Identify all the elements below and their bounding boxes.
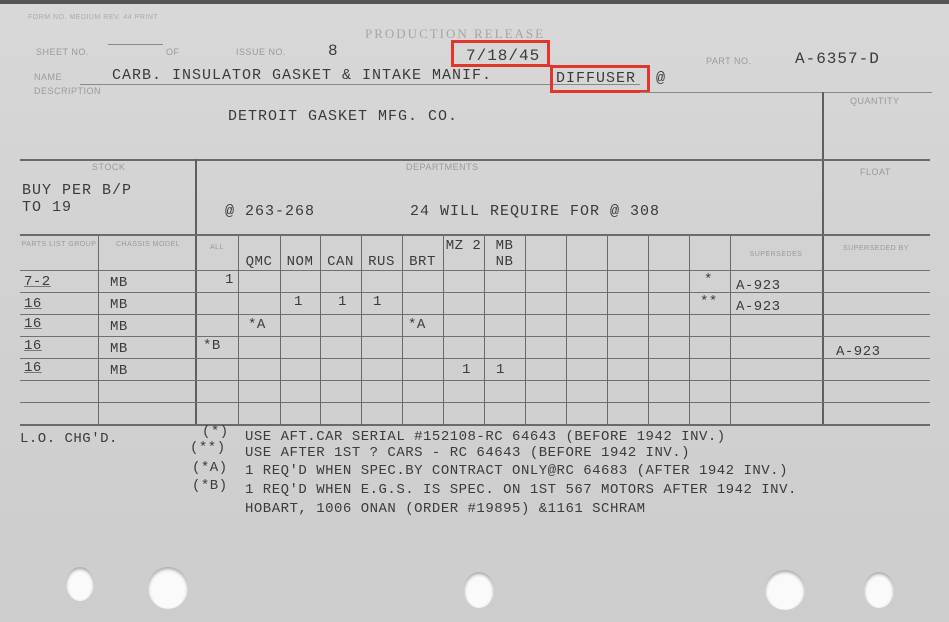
table-bottom-rule <box>20 424 930 426</box>
dept-header-mz2: MZ 2 <box>443 238 484 254</box>
row4-superseded-by: A-923 <box>836 344 881 360</box>
name-label: NAME <box>34 72 62 82</box>
part-no-value: A-6357-D <box>795 50 880 68</box>
row2-supersedes: A-923 <box>736 299 781 315</box>
note-text-2: USE AFTER 1ST ? CARS - RC 64643 (BEFORE … <box>245 445 690 461</box>
col-rule <box>689 234 690 424</box>
lo-changed-note: L.O. CHG'D. <box>20 431 118 447</box>
row-rule <box>20 292 930 293</box>
printer-note: Form No. Medium Rev. 44 Print <box>28 14 158 21</box>
row1-supersedes: A-923 <box>736 278 781 294</box>
dept-header-brt: BRT <box>402 254 443 270</box>
description-label: DESCRIPTION <box>34 86 101 96</box>
quantity-label: QUANTITY <box>850 96 900 106</box>
row3-qmc: *A <box>248 317 266 333</box>
row2-can: 1 <box>338 294 347 310</box>
note-text-4: 1 REQ'D WHEN E.G.S. IS SPEC. ON 1ST 567 … <box>245 482 797 498</box>
row-rule <box>20 402 930 403</box>
punch-hole <box>864 572 894 608</box>
departments-text-right: 24 WILL REQUIRE FOR @ 308 <box>410 203 660 220</box>
dept-header-qmc: QMC <box>238 254 280 270</box>
punch-hole <box>464 572 494 608</box>
table-top-rule <box>20 234 930 236</box>
note-text-1: USE AFT.CAR SERIAL #152108-RC 64643 (BEF… <box>245 429 726 445</box>
row4-all: *B <box>203 338 221 354</box>
row5-mz2: 1 <box>462 362 471 378</box>
note-text-3: 1 REQ'D WHEN SPEC.BY CONTRACT ONLY@RC 64… <box>245 463 788 479</box>
col-rule <box>566 234 567 424</box>
issue-no-value: 8 <box>328 42 339 60</box>
row-rule <box>20 380 930 381</box>
note-mark-2: (**) <box>190 440 226 456</box>
part-name-suffix: @ <box>656 70 666 87</box>
all-header: ALL <box>196 244 238 251</box>
col-rule <box>98 234 99 424</box>
row2-rus: 1 <box>373 294 382 310</box>
row2-group: 16 <box>24 296 42 312</box>
punch-hole <box>66 567 94 601</box>
sheet-no-line <box>108 44 163 45</box>
stock-line-2: TO 19 <box>22 199 72 216</box>
row3-model: MB <box>110 319 128 335</box>
supersedes-header: SUPERSEDES <box>730 251 822 258</box>
row2-model: MB <box>110 297 128 313</box>
part-no-label: PART NO. <box>706 56 752 66</box>
row5-group: 16 <box>24 360 42 376</box>
row1-model: MB <box>110 275 128 291</box>
row5-model: MB <box>110 363 128 379</box>
row1-group: 7-2 <box>24 274 51 290</box>
row3-group: 16 <box>24 316 42 332</box>
col-rule <box>648 234 649 424</box>
punch-hole <box>765 570 805 610</box>
row2-mark: ** <box>700 294 718 310</box>
stock-top-rule <box>20 159 930 161</box>
row5-mbnb: 1 <box>496 362 505 378</box>
superseded-by-header: SUPERSEDED BY <box>822 244 930 254</box>
row-rule <box>20 358 930 359</box>
parts-list-group-header: PARTS LIST GROUP <box>20 240 98 250</box>
row-rule <box>20 314 930 315</box>
date-highlight-box <box>451 40 550 67</box>
note-mark-4: (*B) <box>192 478 228 494</box>
dept-header-rus: RUS <box>361 254 402 270</box>
issue-no-label: ISSUE NO. <box>236 47 286 57</box>
stock-line-1: BUY PER B/P <box>22 182 132 199</box>
row-rule <box>20 336 930 337</box>
row1-all: 1 <box>225 272 234 288</box>
float-label: FLOAT <box>860 167 891 177</box>
dept-header-can: CAN <box>320 254 361 270</box>
col-rule <box>730 234 731 424</box>
note-text-5: HOBART, 1006 ONAN (ORDER #19895) &1161 S… <box>245 501 646 517</box>
dept-header-nom: NOM <box>280 254 320 270</box>
note-mark-3: (*A) <box>192 460 228 476</box>
production-release-card: Form No. Medium Rev. 44 Print PRODUCTION… <box>0 0 949 622</box>
stock-label: STOCK <box>92 162 125 172</box>
row2-nom: 1 <box>294 294 303 310</box>
quantity-divider <box>822 92 824 424</box>
of-label: OF <box>166 47 180 57</box>
part-name: CARB. INSULATOR GASKET & INTAKE MANIF. <box>112 67 492 84</box>
diffuser-highlight-box <box>550 65 650 93</box>
note-mark-1: (*) <box>202 424 229 440</box>
col-rule <box>525 234 526 424</box>
chassis-model-header: CHASSIS MODEL <box>108 240 188 250</box>
supplier-name: DETROIT GASKET MFG. CO. <box>228 108 458 125</box>
punch-hole <box>148 567 188 609</box>
table-header-rule <box>20 270 930 271</box>
dept-header-mbnb: MB NB <box>484 238 525 270</box>
departments-label: DEPARTMENTS <box>406 162 479 172</box>
quantity-top-rule <box>640 92 932 93</box>
sheet-no-label: SHEET NO. <box>36 47 89 57</box>
departments-text-left: @ 263-268 <box>225 203 315 220</box>
row1-mark: * <box>704 272 713 288</box>
row4-model: MB <box>110 341 128 357</box>
row3-brt: *A <box>408 317 426 333</box>
col-rule <box>607 234 608 424</box>
col-rule <box>443 234 444 424</box>
row4-group: 16 <box>24 338 42 354</box>
